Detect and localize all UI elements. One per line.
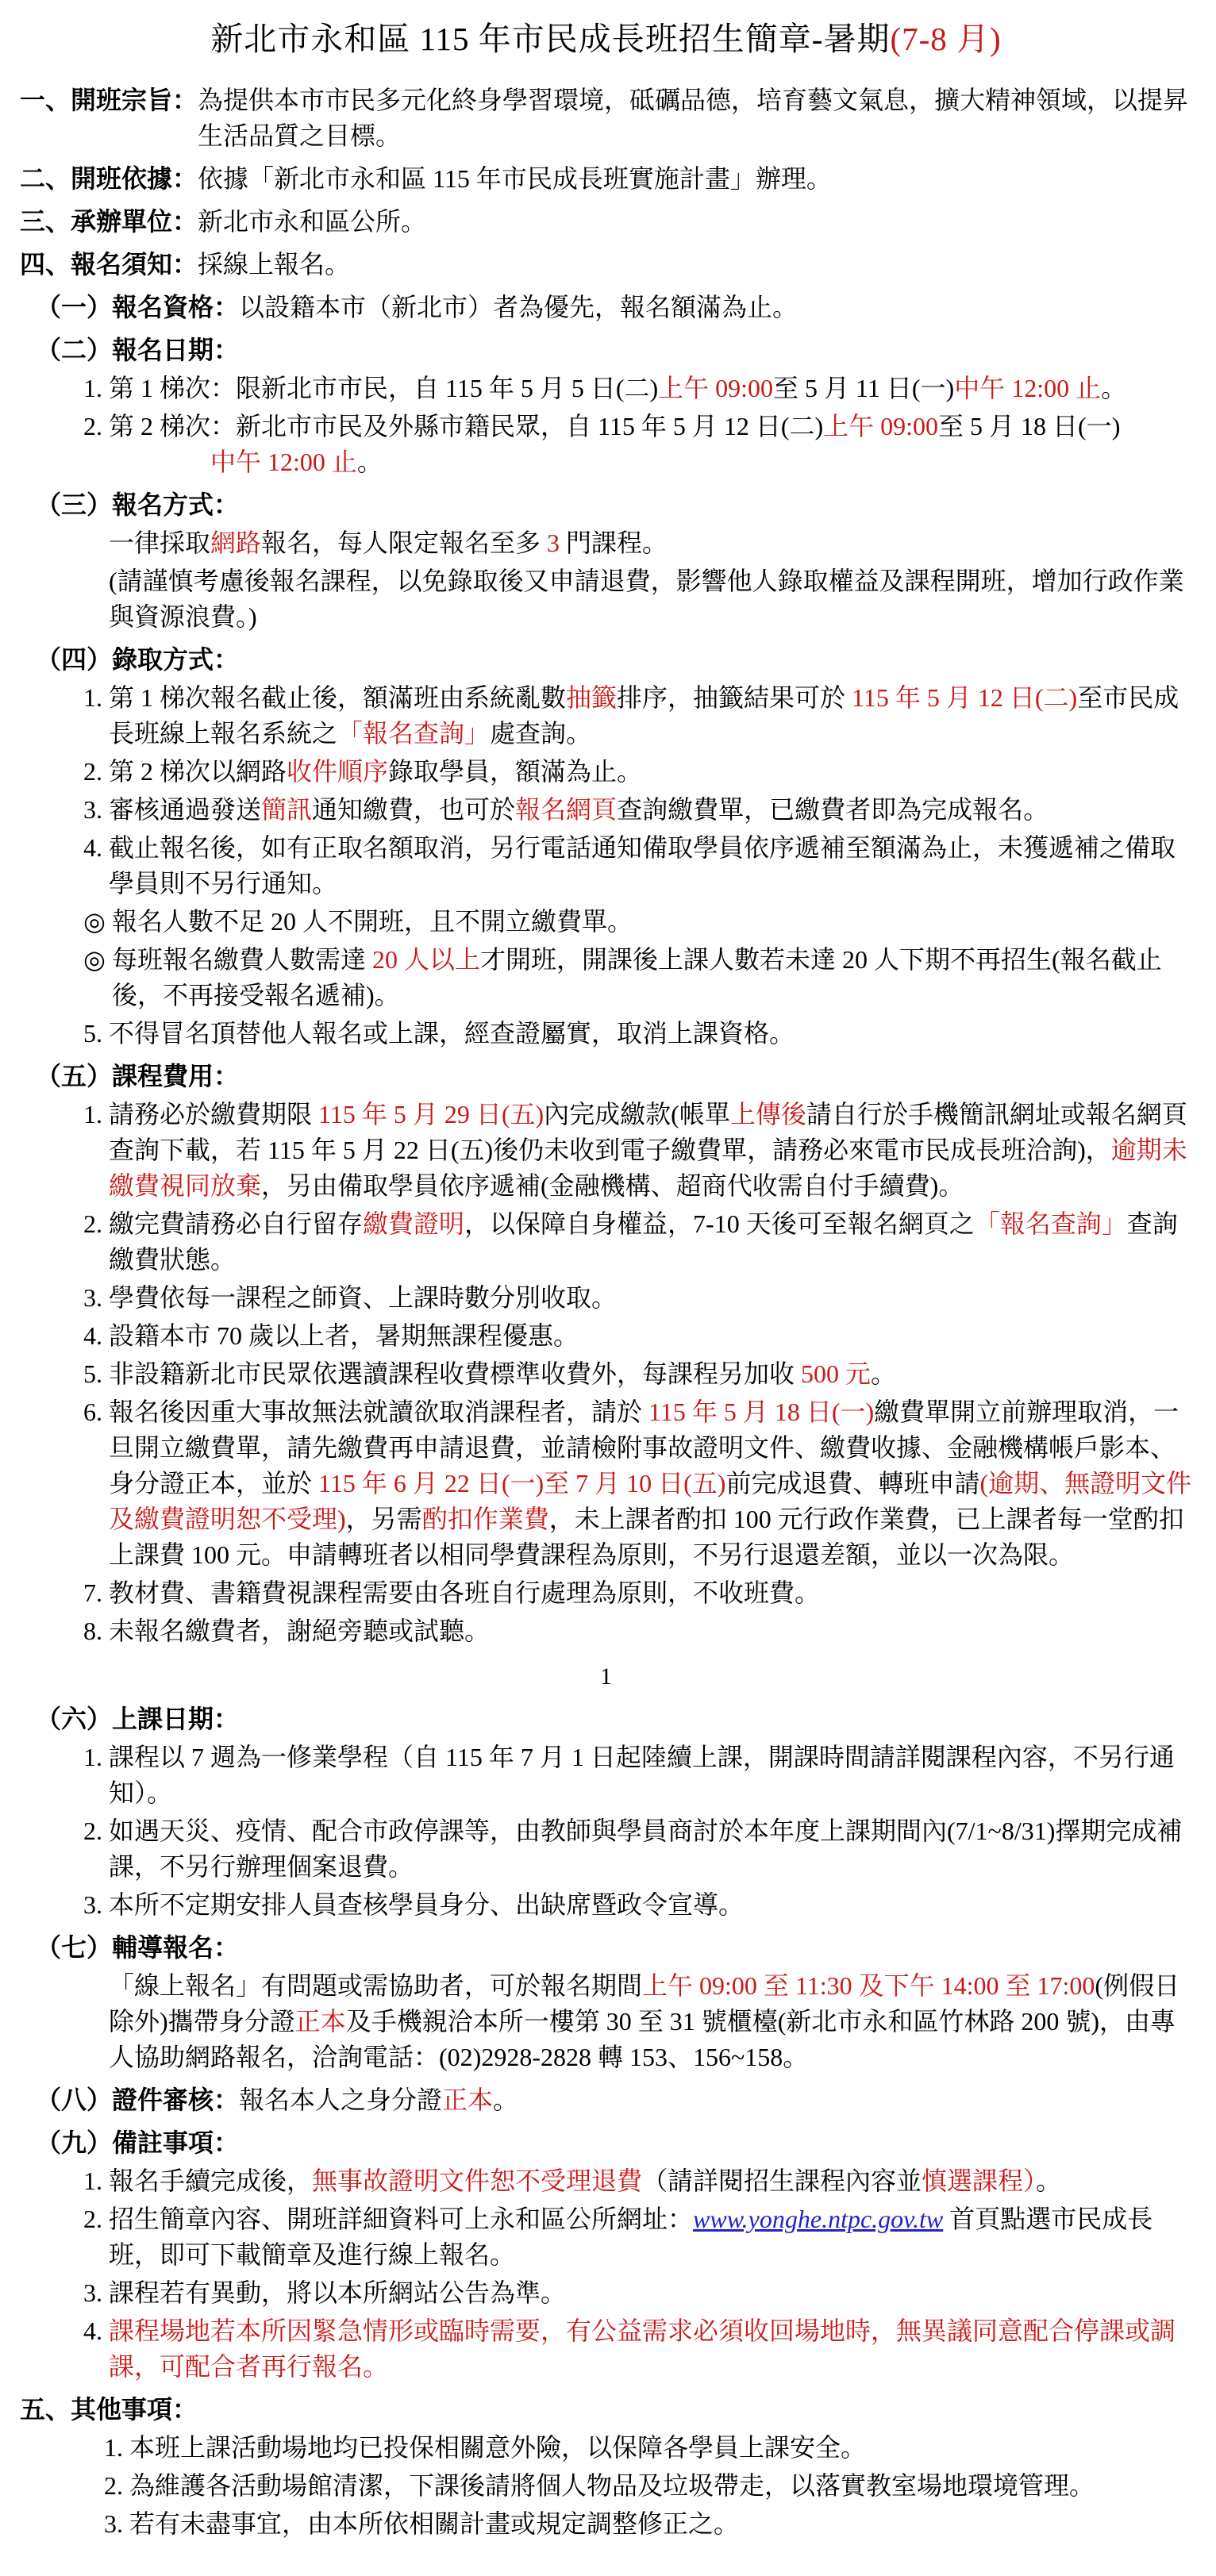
paragraph-text: 以設籍本市（新北市）者為優先，報名額滿為止。 <box>239 290 1192 325</box>
body-text: 截止報名後，如有正取名額取消，另行電話通知備取學員依序遞補至額滿為止，未獲遞補之… <box>109 833 1176 898</box>
body-text: 以設籍本市（新北市）者為優先，報名額滿為止。 <box>239 293 798 321</box>
paragraph-text: 報名手續完成後，無事故證明文件恕不受理退費（請詳閱招生課程內容並慎選課程）。 <box>109 2163 1192 2199</box>
body-text: 報名人數不足 20 人不開班，且不開立繳費單。 <box>112 907 633 936</box>
list-item: 7.教材費、書籍費視課程需要由各班自行處理為原則，不收班費。 <box>20 1575 1192 1611</box>
body-text: 每班報名繳費人數需達 <box>112 945 372 974</box>
paragraph-text: 如遇天災、疫情、配合市政停課等，由教師與學員商討於本年度上課期間內(7/1~8/… <box>109 1813 1192 1885</box>
body-text: 。 <box>493 2086 518 2114</box>
emphasis-red-text: 無事故證明文件恕不受理退費 <box>312 2167 642 2195</box>
body-text: 至 5 月 11 日(一) <box>773 374 954 402</box>
body-text: 招生簡章內容、開班詳細資料可上永和區公所網址： <box>109 2205 693 2233</box>
item-number: 2. <box>83 1813 109 1849</box>
section-label: （三）報名方式： <box>36 487 239 523</box>
body-text: 課程以 7 週為一修業學程（自 115 年 7 月 1 日起陸續上課，開課時間請… <box>109 1743 1175 1807</box>
section-label: （七）輔導報名： <box>36 1930 239 1966</box>
body-text: 一律採取 <box>109 529 210 557</box>
section-label: （九）備註事項： <box>36 2125 239 2161</box>
emphasis-red-text: 115 年 6 月 22 日(一)至 7 月 10 日(五) <box>318 1469 725 1498</box>
emphasis-red-text: 上傳後 <box>730 1100 806 1128</box>
paragraph-text: 學費依每一課程之師資、上課時數分別收取。 <box>109 1280 1192 1316</box>
body-text: 「線上報名」有問題或需協助者，可於報名期間 <box>109 1971 642 2000</box>
item-number: 2. <box>83 1206 109 1242</box>
section-label: 三、承辦單位： <box>20 204 198 240</box>
body-text: 內完成繳款(帳單 <box>544 1100 730 1128</box>
body-text: 。 <box>1036 2167 1061 2195</box>
emphasis-red-text: 繳費證明 <box>363 1209 464 1238</box>
page-title-text: 新北市永和區 115 年市民成長班招生簡章-暑期 <box>210 21 890 57</box>
paragraph-text: (請謹慎考慮後報名課程，以免錄取後又申請退費，影響他人錄取權益及課程開班，增加行… <box>109 563 1192 635</box>
emphasis-red-text: 「報名查詢」 <box>337 719 490 748</box>
list-item: 3.本所不定期安排人員查核學員身分、出缺席暨政令宣導。 <box>20 1887 1192 1923</box>
section-label: 四、報名須知： <box>20 247 198 283</box>
paragraph-text: 第 2 梯次以網路收件順序錄取學員，額滿為止。 <box>109 754 1192 790</box>
section-remarks: （九）備註事項： <box>20 2125 1192 2161</box>
paragraph-text: 為維護各活動場館清潔，下課後請將個人物品及垃圾帶走，以落實教室場地環境管理。 <box>129 2468 1192 2504</box>
paragraph-text: 設籍本市 70 歲以上者，暑期無課程優惠。 <box>109 1318 1192 1354</box>
emphasis-red-text: 20 人以上 <box>372 945 480 974</box>
item-number: 1. <box>83 1740 109 1775</box>
emphasis-red-text: 收件順序 <box>287 757 388 786</box>
body-text: 前完成退費、轉班申請 <box>725 1469 979 1498</box>
item-number: 2. <box>83 2201 109 2237</box>
section-document-check: （八）證件審核：報名本人之身分證正本。 <box>20 2082 1192 2118</box>
section-class-dates: （六）上課日期： <box>20 1701 1192 1737</box>
item-number: 5. <box>83 1016 109 1052</box>
section-assisted-registration: （七）輔導報名： <box>20 1930 1192 1966</box>
item-number: 7. <box>83 1575 109 1611</box>
emphasis-red-text: 課程場地若本所因緊急情形或臨時需要，有公益需求必須收回場地時，無異議同意配合停課… <box>109 2316 1176 2381</box>
paragraph: 「線上報名」有問題或需協助者，可於報名期間上午 09:00 至 11:30 及下… <box>20 1968 1192 2075</box>
paragraph-text: 新北市永和區公所。 <box>198 204 1192 240</box>
paragraph-text: 本班上課活動場地均已投保相關意外險，以保障各學員上課安全。 <box>129 2430 1192 2466</box>
emphasis-red-text: 115 年 5 月 29 日(五) <box>318 1100 544 1128</box>
section-purpose: 一、開班宗旨：為提供本市市民多元化終身學習環境，砥礪品德，培育藝文氣息，擴大精神… <box>20 83 1192 154</box>
item-number: 1. <box>83 680 109 716</box>
item-number: 1. <box>83 1097 109 1132</box>
paragraph-text: 課程場地若本所因緊急情形或臨時需要，有公益需求必須收回場地時，無異議同意配合停課… <box>109 2313 1192 2385</box>
paragraph-text: 報名後因重大事故無法就讀欲取消課程者，請於 115 年 5 月 18 日(一)繳… <box>109 1394 1192 1573</box>
bullet-marker: ◎ <box>83 904 112 940</box>
section-label: 一、開班宗旨： <box>20 83 198 118</box>
list-item: 3.審核通過發送簡訊通知繳費，也可於報名網頁查詢繳費單，已繳費者即為完成報名。 <box>20 792 1192 828</box>
body-text: (請謹慎考慮後報名課程，以免錄取後又申請退費，影響他人錄取權益及課程開班，增加行… <box>109 567 1184 631</box>
list-item: 4.設籍本市 70 歲以上者，暑期無課程優惠。 <box>20 1318 1192 1354</box>
body-text: 第 1 梯次報名截止後，額滿班由系統亂數 <box>109 683 566 712</box>
body-text: 繳完費請務必自行留存 <box>109 1209 363 1238</box>
section-label: （四）錄取方式： <box>36 642 239 678</box>
bullet-marker: ◎ <box>83 942 112 978</box>
list-item: ◎每班報名繳費人數需達 20 人以上才開班，開課後上課人數若未達 20 人下期不… <box>20 942 1192 1013</box>
item-number: 2. <box>83 409 109 444</box>
body-text: 課程若有異動，將以本所網站公告為準。 <box>109 2278 566 2307</box>
body-text: 。 <box>871 1359 896 1388</box>
item-number: 3. <box>83 1280 109 1316</box>
emphasis-red-text: 中午 12:00 止 <box>210 448 357 476</box>
section-label: （八）證件審核： <box>36 2082 239 2118</box>
section-other-matters: 五、其他事項： <box>20 2392 1192 2428</box>
emphasis-red-text: 115 年 5 月 18 日(一) <box>648 1398 874 1426</box>
paragraph-text: 第 1 梯次：限新北市市民，自 115 年 5 月 5 日(二)上午 09:00… <box>109 371 1192 406</box>
emphasis-red-text: 網路 <box>210 529 261 557</box>
list-item: 8.未報名繳費者，謝絕旁聽或試聽。 <box>20 1613 1192 1649</box>
paragraph-text: 若有未盡事宜，由本所依相關計畫或規定調整修正之。 <box>129 2506 1192 2542</box>
paragraph-text: 教材費、書籍費視課程需要由各班自行處理為原則，不收班費。 <box>109 1575 1192 1611</box>
item-number: 4. <box>83 1318 109 1354</box>
paragraph: (請謹慎考慮後報名課程，以免錄取後又申請退費，影響他人錄取權益及課程開班，增加行… <box>20 563 1192 635</box>
page-title: 新北市永和區 115 年市民成長班招生簡章-暑期(7-8 月) <box>20 14 1192 63</box>
paragraph-text: 請務必於繳費期限 115 年 5 月 29 日(五)內完成繳款(帳單上傳後請自行… <box>109 1097 1192 1204</box>
paragraph-text: 「線上報名」有問題或需協助者，可於報名期間上午 09:00 至 11:30 及下… <box>109 1968 1192 2075</box>
emphasis-red-text: 正本 <box>295 2007 346 2036</box>
paragraph-text: 一律採取網路報名，每人限定報名至多 3 門課程。 <box>109 525 1192 561</box>
list-item: 2.第 2 梯次以網路收件順序錄取學員，額滿為止。 <box>20 754 1192 790</box>
emphasis-red-text: 簡訊 <box>261 795 312 824</box>
list-item: 3.若有未盡事宜，由本所依相關計畫或規定調整修正之。 <box>20 2506 1192 2542</box>
body-text: 第 2 梯次以網路 <box>109 757 287 786</box>
body-text: 採線上報名。 <box>198 250 350 279</box>
body-text: 如遇天災、疫情、配合市政停課等，由教師與學員商討於本年度上課期間內(7/1~8/… <box>109 1817 1182 1881</box>
emphasis-red-text: 正本 <box>442 2086 493 2114</box>
paragraph-text: 採線上報名。 <box>198 247 1192 283</box>
body-text: 本班上課活動場地均已投保相關意外險，以保障各學員上課安全。 <box>129 2433 866 2462</box>
item-number: 1. <box>83 2163 109 2199</box>
emphasis-red-text: 慎選課程） <box>922 2167 1036 2195</box>
body-text: 報名手續完成後， <box>109 2167 312 2195</box>
body-text: 未報名繳費者，謝絕旁聽或試聽。 <box>109 1617 490 1645</box>
body-text: 不得冒名頂替他人報名或上課，經查證屬實，取消上課資格。 <box>109 1019 795 1048</box>
emphasis-red-text: 500 元 <box>801 1359 871 1388</box>
item-number: 4. <box>83 830 109 866</box>
item-number: 3. <box>104 2506 129 2542</box>
paragraph-text: 課程以 7 週為一修業學程（自 115 年 7 月 1 日起陸續上課，開課時間請… <box>109 1740 1192 1811</box>
emphasis-red-text: 中午 12:00 止 <box>954 374 1101 402</box>
item-number: 2. <box>83 754 109 790</box>
paragraph-text: 非設籍新北市民眾依選讀課程收費標準收費外，每課程另加收 500 元。 <box>109 1356 1192 1392</box>
page-title-period: (7-8 月) <box>890 21 1001 57</box>
body-text: 學費依每一課程之師資、上課時數分別收取。 <box>109 1283 617 1312</box>
list-item: 2.為維護各活動場館清潔，下課後請將個人物品及垃圾帶走，以落實教室場地環境管理。 <box>20 2468 1192 2504</box>
section-admission-method: （四）錄取方式： <box>20 642 1192 678</box>
body-text: 第 2 梯次：新北市市民及外縣市籍民眾，自 115 年 5 月 12 日(二) <box>109 412 823 440</box>
paragraph-text: 報名本人之身分證正本。 <box>239 2082 1192 2118</box>
paragraph-text: 第 2 梯次：新北市市民及外縣市籍民眾，自 115 年 5 月 12 日(二)上… <box>109 409 1192 480</box>
section-registration-dates: （二）報名日期： <box>20 333 1192 368</box>
body-text: 。 <box>357 448 383 476</box>
paragraph-text: 課程若有異動，將以本所網站公告為準。 <box>109 2275 1192 2311</box>
body-text: 依據「新北市永和區 115 年市民成長班實施計畫」辦理。 <box>198 164 832 193</box>
section-course-fees: （五）課程費用： <box>20 1059 1192 1094</box>
body-text: 本所不定期安排人員查核學員身分、出缺席暨政令宣導。 <box>109 1890 744 1919</box>
body-text: 教材費、書籍費視課程需要由各班自行處理為原則，不收班費。 <box>109 1578 820 1607</box>
emphasis-red-text: 報名網頁 <box>515 795 617 824</box>
section-label: （一）報名資格： <box>36 290 239 325</box>
body-text: 第 1 梯次：限新北市市民，自 115 年 5 月 5 日(二) <box>109 374 658 402</box>
body-text: 。 <box>1101 374 1126 402</box>
list-item: 4.截止報名後，如有正取名額取消，另行電話通知備取學員依序遞補至額滿為止，未獲遞… <box>20 830 1192 902</box>
page-number: 1 <box>20 1659 1192 1694</box>
paragraph: 一律採取網路報名，每人限定報名至多 3 門課程。 <box>20 525 1192 561</box>
item-number: 8. <box>83 1613 109 1649</box>
document-page: 新北市永和區 115 年市民成長班招生簡章-暑期(7-8 月) 一、開班宗旨：為… <box>0 0 1216 2576</box>
item-number: 1. <box>83 371 109 406</box>
item-number: 1. <box>104 2430 129 2466</box>
paragraph-text: 依據「新北市永和區 115 年市民成長班實施計畫」辦理。 <box>198 161 1192 197</box>
item-number: 5. <box>83 1356 109 1392</box>
body-text: 錄取學員，額滿為止。 <box>388 757 642 786</box>
item-number: 2. <box>104 2468 129 2504</box>
body-text: 設籍本市 70 歲以上者，暑期無課程優惠。 <box>109 1321 579 1350</box>
list-item: 1.第 1 梯次：限新北市市民，自 115 年 5 月 5 日(二)上午 09:… <box>20 371 1192 406</box>
paragraph-text: 審核通過發送簡訊通知繳費，也可於報名網頁查詢繳費單，已繳費者即為完成報名。 <box>109 792 1192 828</box>
emphasis-red-text: 上午 09:00 至 11:30 及下午 14:00 至 17:00 <box>642 1971 1095 2000</box>
document-body: 一、開班宗旨：為提供本市市民多元化終身學習環境，砥礪品德，培育藝文氣息，擴大精神… <box>20 83 1192 2542</box>
body-text: 請務必於繳費期限 <box>109 1100 318 1128</box>
body-text: 為維護各活動場館清潔，下課後請將個人物品及垃圾帶走，以落實教室場地環境管理。 <box>129 2471 1095 2500</box>
body-text: 非設籍新北市民眾依選讀課程收費標準收費外，每課程另加收 <box>109 1359 801 1388</box>
list-item: 1.課程以 7 週為一修業學程（自 115 年 7 月 1 日起陸續上課，開課時… <box>20 1740 1192 1811</box>
section-eligibility: （一）報名資格：以設籍本市（新北市）者為優先，報名額滿為止。 <box>20 290 1192 325</box>
item-number: 6. <box>83 1394 109 1430</box>
paragraph-text: 不得冒名頂替他人報名或上課，經查證屬實，取消上課資格。 <box>109 1016 1192 1052</box>
list-item: 2.第 2 梯次：新北市市民及外縣市籍民眾，自 115 年 5 月 12 日(二… <box>20 409 1192 480</box>
yonghe-website-link[interactable]: www.yonghe.ntpc.gov.tw <box>693 2205 943 2233</box>
list-item: 1.報名手續完成後，無事故證明文件恕不受理退費（請詳閱招生課程內容並慎選課程）。 <box>20 2163 1192 2199</box>
body-text: 排序，抽籤結果可於 <box>617 683 852 712</box>
body-text: 審核通過發送 <box>109 795 261 824</box>
body-text: 通知繳費，也可於 <box>312 795 515 824</box>
body-text: 新北市永和區公所。 <box>198 207 426 236</box>
section-registration-method: （三）報名方式： <box>20 487 1192 523</box>
paragraph-text: 未報名繳費者，謝絕旁聽或試聽。 <box>109 1613 1192 1649</box>
emphasis-red-text: 上午 09:00 <box>658 374 773 402</box>
list-item: 5.不得冒名頂替他人報名或上課，經查證屬實，取消上課資格。 <box>20 1016 1192 1052</box>
paragraph-text: 報名人數不足 20 人不開班，且不開立繳費單。 <box>112 904 1192 940</box>
item-number: 4. <box>83 2313 109 2349</box>
body-text: 報名，每人限定報名至多 <box>261 529 547 557</box>
item-number: 3. <box>83 2275 109 2311</box>
body-text: 門課程。 <box>560 529 668 557</box>
section-label: 五、其他事項： <box>20 2392 198 2428</box>
emphasis-red-text: 3 <box>547 529 560 557</box>
body-text: ，另由備取學員依序遞補(金融機構、超商代收需自付手續費)。 <box>261 1171 964 1200</box>
body-text: 報名後因重大事故無法就讀欲取消課程者，請於 <box>109 1398 648 1426</box>
body-text: ，另需 <box>346 1505 422 1533</box>
emphasis-red-text: 上午 09:00 <box>823 412 938 440</box>
list-item: 1.第 1 梯次報名截止後，額滿班由系統亂數抽籤排序，抽籤結果可於 115 年 … <box>20 680 1192 752</box>
section-registration-notes: 四、報名須知：採線上報名。 <box>20 247 1192 283</box>
body-text: 查詢繳費單，已繳費者即為完成報名。 <box>617 795 1049 824</box>
body-text: 若有未盡事宜，由本所依相關計畫或規定調整修正之。 <box>129 2509 739 2538</box>
list-item: 1.請務必於繳費期限 115 年 5 月 29 日(五)內完成繳款(帳單上傳後請… <box>20 1097 1192 1204</box>
section-label: （六）上課日期： <box>36 1701 239 1737</box>
list-item: 5.非設籍新北市民眾依選讀課程收費標準收費外，每課程另加收 500 元。 <box>20 1356 1192 1392</box>
body-text: ，以保障自身權益，7-10 天後可至報名網頁之 <box>464 1209 975 1238</box>
list-item: ◎報名人數不足 20 人不開班，且不開立繳費單。 <box>20 904 1192 940</box>
paragraph-text: 第 1 梯次報名截止後，額滿班由系統亂數抽籤排序，抽籤結果可於 115 年 5 … <box>109 680 1192 752</box>
body-text: 為提供本市市民多元化終身學習環境，砥礪品德，培育藝文氣息，擴大精神領域，以提昇生… <box>198 86 1188 150</box>
body-text: 處查詢。 <box>490 719 591 748</box>
list-item: 1.本班上課活動場地均已投保相關意外險，以保障各學員上課安全。 <box>20 2430 1192 2466</box>
item-number: 3. <box>83 792 109 828</box>
body-text: 報名本人之身分證 <box>239 2086 442 2114</box>
list-item: 6.報名後因重大事故無法就讀欲取消課程者，請於 115 年 5 月 18 日(一… <box>20 1394 1192 1573</box>
emphasis-red-text: 酌扣作業費 <box>422 1505 549 1533</box>
paragraph-text: 為提供本市市民多元化終身學習環境，砥礪品德，培育藝文氣息，擴大精神領域，以提昇生… <box>198 83 1192 154</box>
section-label: 二、開班依據： <box>20 161 198 197</box>
section-organizer: 三、承辦單位：新北市永和區公所。 <box>20 204 1192 240</box>
section-label: （五）課程費用： <box>36 1059 239 1094</box>
item-number: 3. <box>83 1887 109 1923</box>
paragraph-text: 本所不定期安排人員查核學員身分、出缺席暨政令宣導。 <box>109 1887 1192 1923</box>
section-label: （二）報名日期： <box>36 333 239 368</box>
emphasis-red-text: 115 年 5 月 12 日(二) <box>852 683 1077 712</box>
list-item: 2.如遇天災、疫情、配合市政停課等，由教師與學員商討於本年度上課期間內(7/1~… <box>20 1813 1192 1885</box>
list-item: 2.繳完費請務必自行留存繳費證明，以保障自身權益，7-10 天後可至報名網頁之「… <box>20 1206 1192 1278</box>
paragraph-text: 招生簡章內容、開班詳細資料可上永和區公所網址：www.yonghe.ntpc.g… <box>109 2201 1192 2273</box>
section-basis: 二、開班依據：依據「新北市永和區 115 年市民成長班實施計畫」辦理。 <box>20 161 1192 197</box>
paragraph-text: 繳完費請務必自行留存繳費證明，以保障自身權益，7-10 天後可至報名網頁之「報名… <box>109 1206 1192 1278</box>
emphasis-red-text: 「報名查詢」 <box>975 1209 1127 1238</box>
list-item: 4.課程場地若本所因緊急情形或臨時需要，有公益需求必須收回場地時，無異議同意配合… <box>20 2313 1192 2385</box>
list-item: 2.招生簡章內容、開班詳細資料可上永和區公所網址：www.yonghe.ntpc… <box>20 2201 1192 2273</box>
body-text: （請詳閱招生課程內容並 <box>642 2167 922 2195</box>
list-item: 3.課程若有異動，將以本所網站公告為準。 <box>20 2275 1192 2311</box>
emphasis-red-text: 抽籤 <box>566 683 617 712</box>
body-text: 至 5 月 18 日(一) <box>938 412 1120 440</box>
paragraph-text: 截止報名後，如有正取名額取消，另行電話通知備取學員依序遞補至額滿為止，未獲遞補之… <box>109 830 1192 902</box>
list-item: 3.學費依每一課程之師資、上課時數分別收取。 <box>20 1280 1192 1316</box>
paragraph-text: 每班報名繳費人數需達 20 人以上才開班，開課後上課人數若未達 20 人下期不再… <box>112 942 1192 1013</box>
